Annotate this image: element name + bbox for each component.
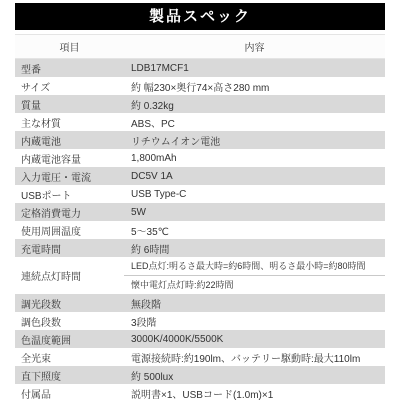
spec-value: 5〜35℃ — [124, 221, 385, 239]
spec-label: 使用周囲温度 — [15, 221, 124, 239]
spec-value-line: LED点灯:明るさ最大時=約6時間、明るさ最小時=約80時間 — [124, 257, 385, 275]
spec-label: 充電時間 — [15, 239, 124, 257]
header-row: 項目 内容 — [15, 35, 385, 59]
header-cell-content: 内容 — [124, 35, 385, 59]
table-row: 全光束電源接続時:約190lm、バッテリー駆動時:最大110lm — [15, 348, 385, 366]
spec-label: 調色段数 — [15, 312, 124, 330]
product-spec-page: 製品スペック 項目 内容 型番LDB17MCF1サイズ約 幅230×奥行74×高… — [0, 3, 400, 400]
spec-table: 項目 内容 型番LDB17MCF1サイズ約 幅230×奥行74×高さ280 mm… — [15, 34, 385, 400]
spec-table-body: 型番LDB17MCF1サイズ約 幅230×奥行74×高さ280 mm質量約 0.… — [15, 59, 385, 400]
spec-value: 5W — [124, 203, 385, 221]
table-row: 定格消費電力5W — [15, 203, 385, 221]
spec-label: 主な材質 — [15, 113, 124, 131]
spec-table-head: 項目 内容 — [15, 35, 385, 59]
spec-label: 直下照度 — [15, 366, 124, 384]
spec-value: リチウムイオン電池 — [124, 131, 385, 149]
spec-value: 約 500lux — [124, 366, 385, 384]
table-row: 質量約 0.32kg — [15, 95, 385, 113]
spec-label: 付属品 — [15, 384, 124, 400]
spec-label: 全光束 — [15, 348, 124, 366]
spec-value: 約 6時間 — [124, 239, 385, 257]
spec-value: 説明書×1、USBコード(1.0m)×1 — [124, 384, 385, 400]
table-row: 直下照度約 500lux — [15, 366, 385, 384]
spec-value: LED点灯:明るさ最大時=約6時間、明るさ最小時=約80時間懐中電灯点灯時:約2… — [124, 257, 385, 294]
header-cell-item: 項目 — [15, 35, 124, 59]
table-row: 調光段数無段階 — [15, 294, 385, 312]
spec-label: 質量 — [15, 95, 124, 113]
table-row: 調色段数3段階 — [15, 312, 385, 330]
table-row: 充電時間約 6時間 — [15, 239, 385, 257]
spec-label: 連続点灯時間 — [15, 257, 124, 294]
spec-label: 調光段数 — [15, 294, 124, 312]
table-row: 主な材質ABS、PC — [15, 113, 385, 131]
spec-value: DC5V 1A — [124, 167, 385, 185]
spec-value: 1,800mAh — [124, 149, 385, 167]
table-row: 型番LDB17MCF1 — [15, 59, 385, 78]
table-row: 連続点灯時間LED点灯:明るさ最大時=約6時間、明るさ最小時=約80時間懐中電灯… — [15, 257, 385, 294]
spec-label: 内蔵電池 — [15, 131, 124, 149]
page-title-text: 製品スペック — [149, 8, 251, 25]
spec-label: 入力電圧・電流 — [15, 167, 124, 185]
spec-label: 内蔵電池容量 — [15, 149, 124, 167]
spec-label: USBポート — [15, 185, 124, 203]
table-row: 内蔵電池容量1,800mAh — [15, 149, 385, 167]
spec-label: 定格消費電力 — [15, 203, 124, 221]
spec-value: 3000K/4000K/5500K — [124, 330, 385, 348]
spec-label: サイズ — [15, 77, 124, 95]
spec-value: LDB17MCF1 — [124, 59, 385, 78]
spec-value: USB Type-C — [124, 185, 385, 203]
spec-value: 約 0.32kg — [124, 95, 385, 113]
spec-value: 電源接続時:約190lm、バッテリー駆動時:最大110lm — [124, 348, 385, 366]
table-row: サイズ約 幅230×奥行74×高さ280 mm — [15, 77, 385, 95]
table-row: 付属品説明書×1、USBコード(1.0m)×1 — [15, 384, 385, 400]
table-row: USBポートUSB Type-C — [15, 185, 385, 203]
spec-label: 型番 — [15, 59, 124, 78]
spec-label: 色温度範囲 — [15, 330, 124, 348]
table-row: 色温度範囲3000K/4000K/5500K — [15, 330, 385, 348]
table-row: 入力電圧・電流DC5V 1A — [15, 167, 385, 185]
table-row: 内蔵電池リチウムイオン電池 — [15, 131, 385, 149]
spec-value-line: 懐中電灯点灯時:約22時間 — [124, 275, 385, 294]
page-title: 製品スペック — [15, 3, 385, 30]
spec-value: 無段階 — [124, 294, 385, 312]
spec-value: 3段階 — [124, 312, 385, 330]
table-row: 使用周囲温度5〜35℃ — [15, 221, 385, 239]
spec-value: ABS、PC — [124, 113, 385, 131]
spec-value: 約 幅230×奥行74×高さ280 mm — [124, 77, 385, 95]
